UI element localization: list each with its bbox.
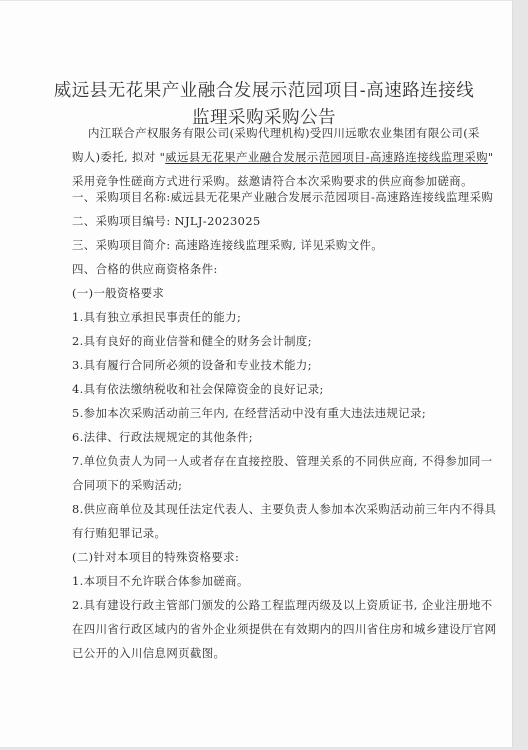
section-3-project-summary: 三、采购项目简介: 高速路连接线监理采购, 详见采购文件。: [72, 237, 452, 253]
general-item-8-cont: 有行贿犯罪记录。: [72, 525, 452, 541]
general-item-1: 1.具有独立承担民事责任的能力;: [72, 309, 452, 325]
intro-line1: 内江联合产权服务有限公司(采购代理机构)受四川远歌农业集团有限公司(采: [88, 125, 468, 141]
general-item-8: 8.供应商单位及其现任法定代表人、主要负责人参加本次采购活动前三年内不得具: [72, 501, 452, 517]
special-item-2-cont2: 已公开的入川信息网页截图。: [72, 645, 452, 661]
special-item-2-cont1: 在四川省行政区域内的省外企业须提供在有效期内的四川省住房和城乡建设厅官网: [72, 621, 452, 637]
intro-line3: 采用竞争性磋商方式进行采购。兹邀请符合本次采购要求的供应商参加磋商。: [72, 173, 452, 189]
section-1-project-name: 一、采购项目名称:威远县无花果产业融合发展示范园项目-高速路连接线监理采购: [72, 189, 452, 205]
document-page: 威远县无花果产业融合发展示范园项目-高速路连接线 监理采购采购公告 内江联合产权…: [0, 1, 513, 747]
special-requirements-heading: (二)针对本项目的特殊资格要求:: [72, 549, 452, 565]
document-title-line1: 威远县无花果产业融合发展示范园项目-高速路连接线: [0, 77, 528, 102]
section-4-qualifications: 四、合格的供应商资格条件:: [72, 261, 452, 277]
section-2-project-number: 二、采购项目编号: NJLJ-2023025: [72, 213, 452, 229]
general-item-4: 4.具有依法缴纳税收和社会保障资金的良好记录;: [72, 381, 452, 397]
project-name-underlined: 威远县无花果产业融合发展示范园项目-高速路连接线监理采购: [165, 150, 488, 164]
general-item-2: 2.具有良好的商业信誉和健全的财务会计制度;: [72, 333, 452, 349]
special-item-2: 2.具有建设行政主管部门颁发的公路工程监理丙级及以上资质证书, 企业注册地不: [72, 597, 452, 613]
general-requirements-heading: (一)一般资格要求: [72, 285, 452, 301]
general-item-5: 5.参加本次采购活动前三年内, 在经营活动中没有重大违法违规记录;: [72, 405, 452, 421]
quote-mark: ": [488, 150, 494, 164]
intro-line2: 购人)委托, 拟对 "威远县无花果产业融合发展示范园项目-高速路连接线监理采购": [72, 149, 452, 165]
general-item-7-cont: 合同项下的采购活动;: [72, 477, 452, 493]
special-item-1: 1.本项目不允许联合体参加磋商。: [72, 573, 452, 589]
intro-text: 购人)委托, 拟对 ": [72, 150, 165, 164]
general-item-6: 6.法律、行政法规规定的其他条件;: [72, 429, 452, 445]
general-item-3: 3.具有履行合同所必须的设备和专业技术能力;: [72, 357, 452, 373]
general-item-7: 7.单位负责人为同一人或者存在直接控股、管理关系的不同供应商, 不得参加同一: [72, 453, 452, 469]
